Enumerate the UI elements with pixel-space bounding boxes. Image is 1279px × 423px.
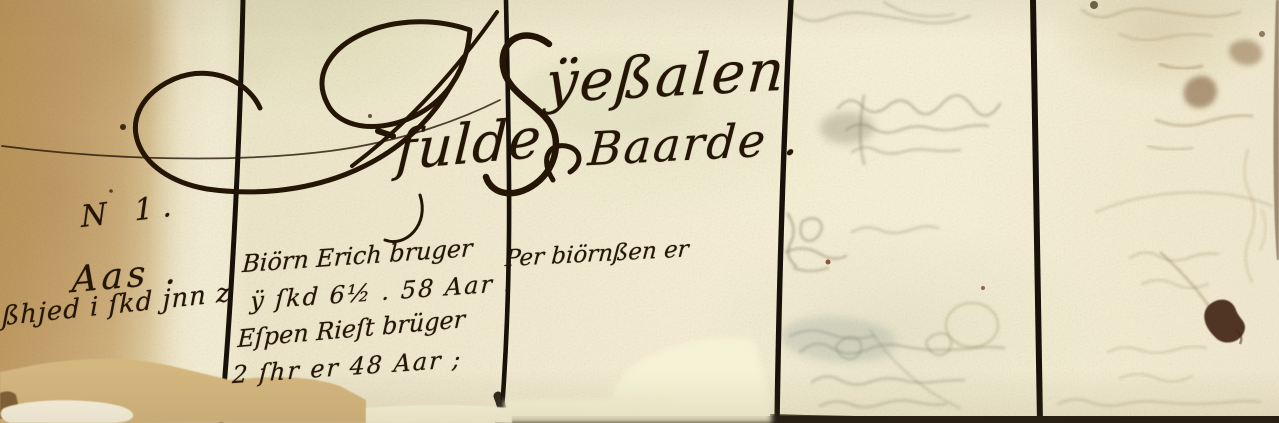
vignette-overlay: [0, 0, 1279, 423]
manuscript-page-scan: ÿeßalen fulde Baarde . N 1. Aas . ßhjed …: [0, 0, 1279, 423]
